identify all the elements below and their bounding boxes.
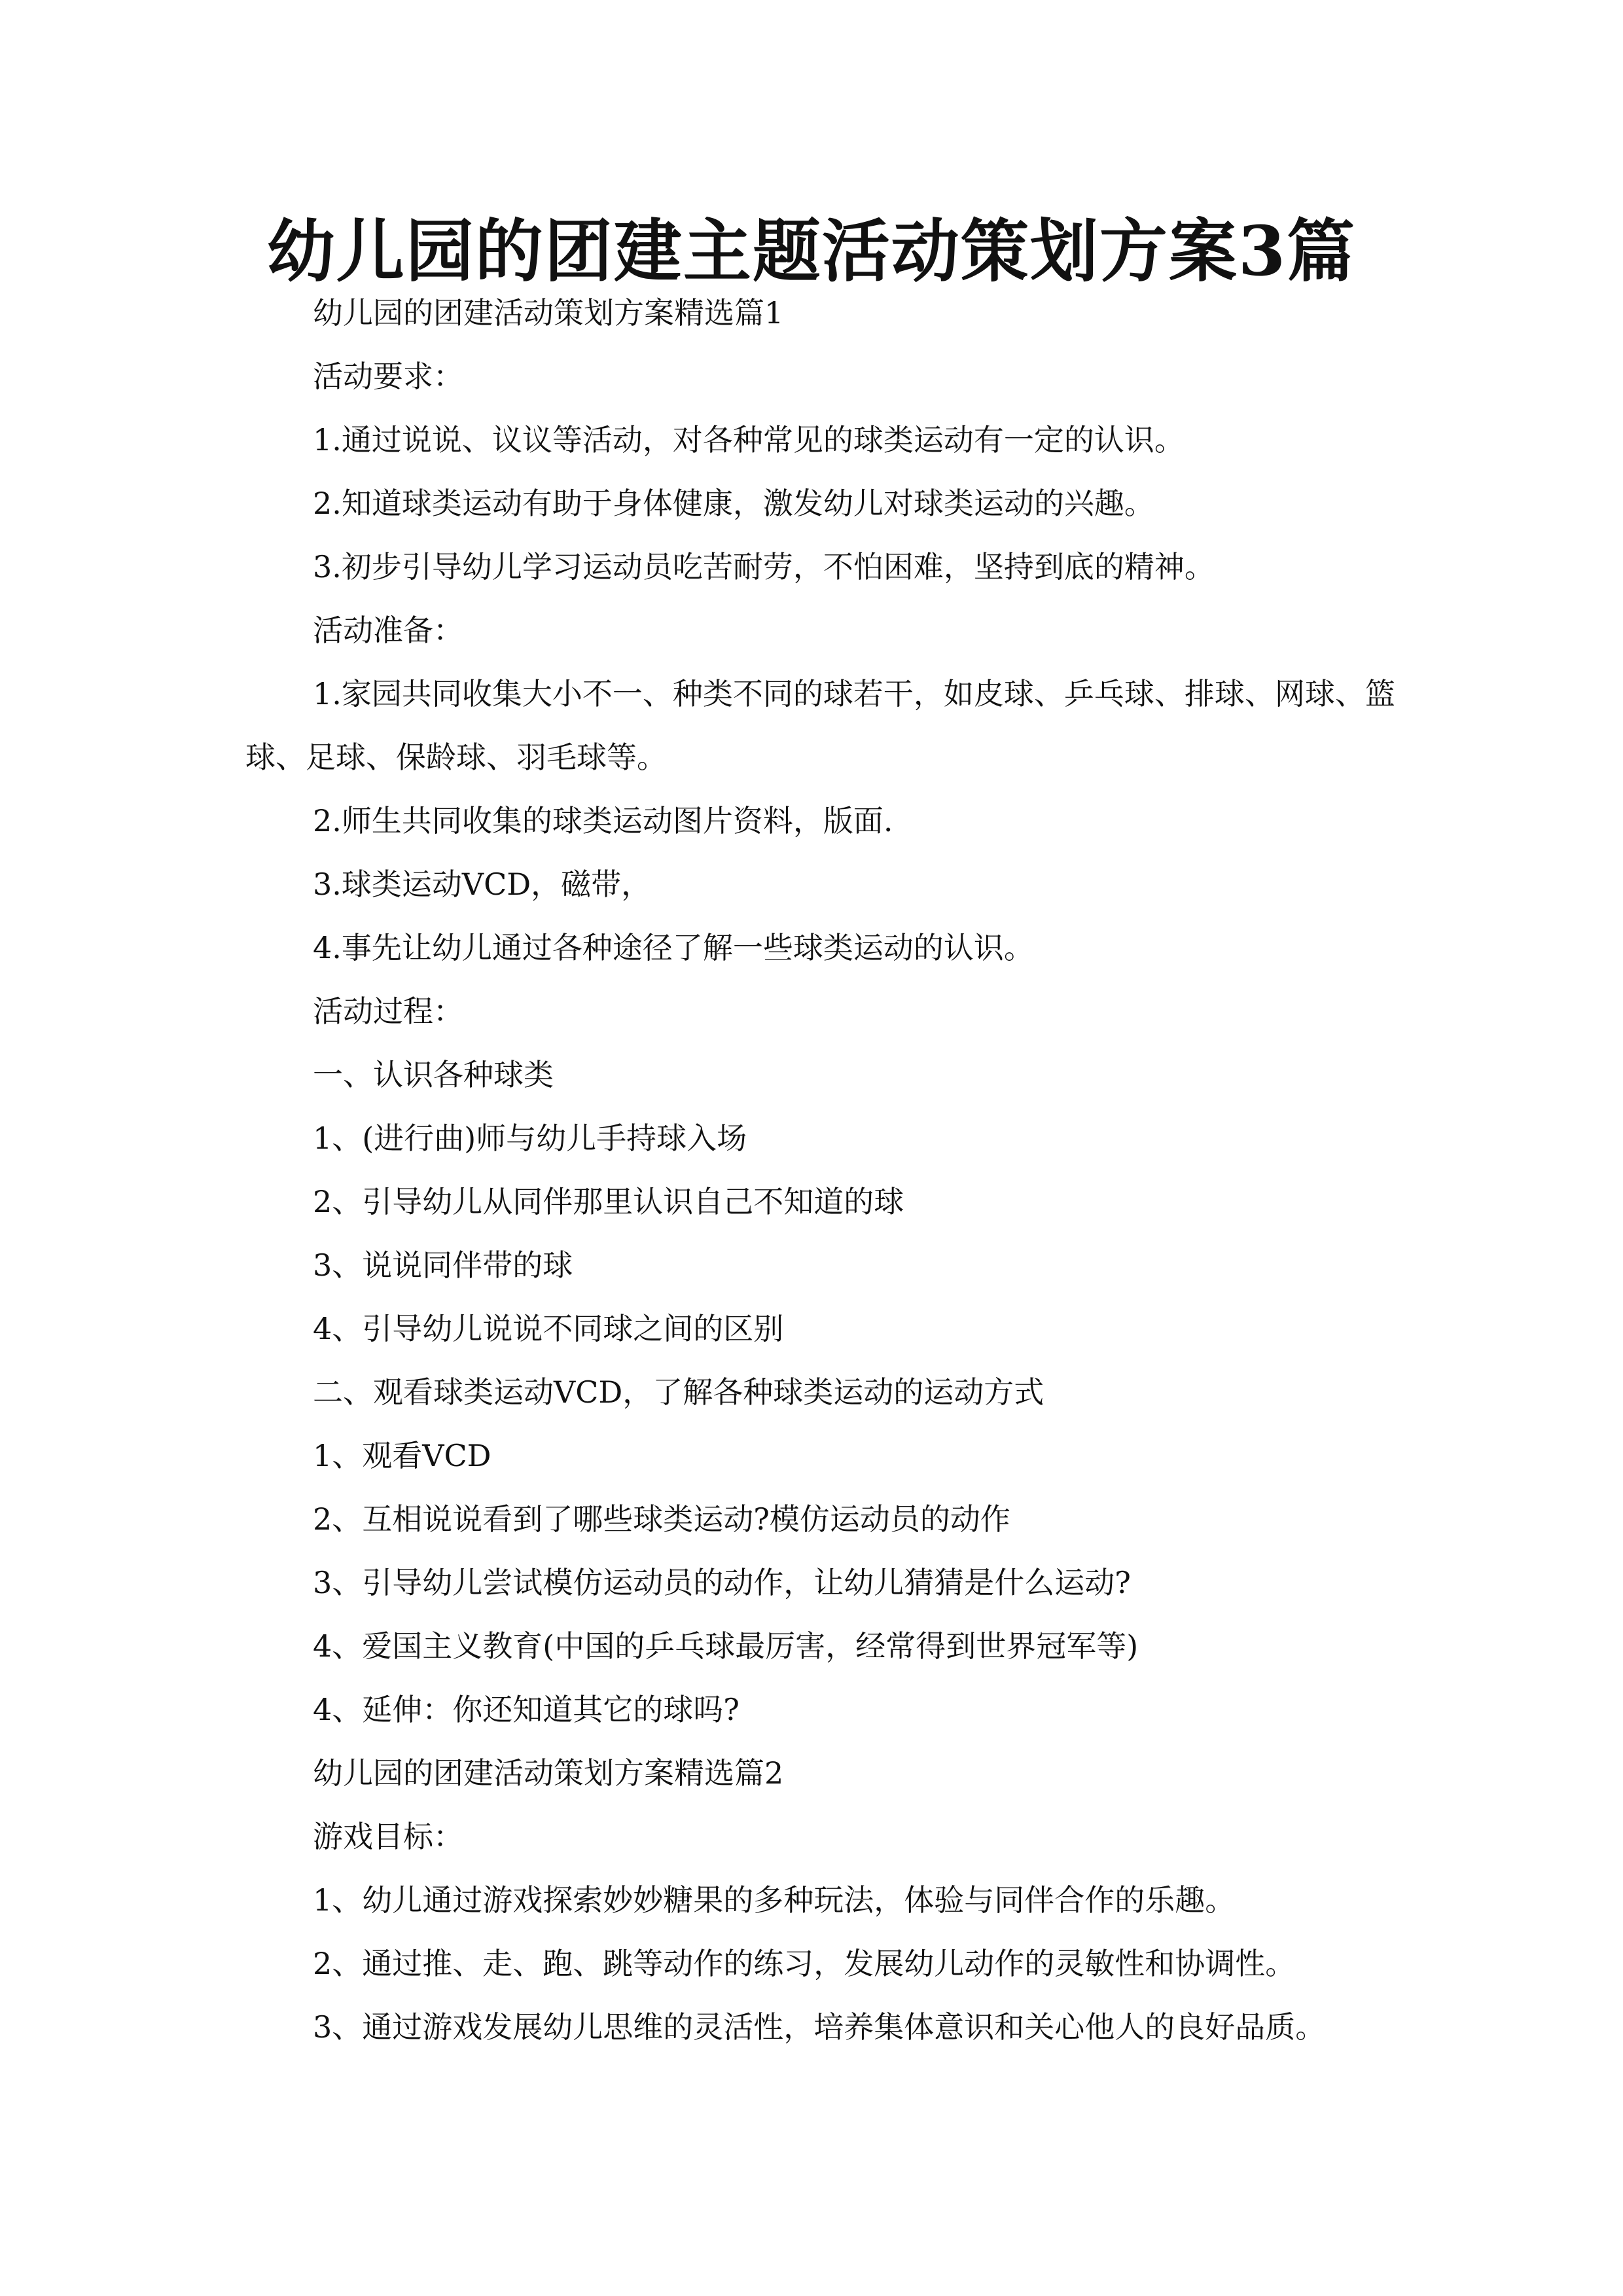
paragraph: 一、认识各种球类 (245, 1043, 1397, 1107)
section-heading: 幼儿园的团建活动策划方案精选篇1 (245, 281, 1397, 345)
paragraph: 1、幼儿通过游戏探索妙妙糖果的多种玩法，体验与同伴合作的乐趣。 (245, 1869, 1397, 1932)
paragraph: 3、引导幼儿尝试模仿运动员的动作，让幼儿猜猜是什么运动? (245, 1551, 1397, 1615)
paragraph: 4、延伸：你还知道其它的球吗? (245, 1678, 1397, 1742)
paragraph: 1、(进行曲)师与幼儿手持球入场 (245, 1107, 1397, 1170)
section-heading: 幼儿园的团建活动策划方案精选篇2 (245, 1742, 1397, 1805)
document-body: 幼儿园的团建活动策划方案精选篇1 活动要求： 1.通过说说、议议等活动，对各种常… (245, 281, 1397, 2059)
paragraph: 2.知道球类运动有助于身体健康，激发幼儿对球类运动的兴趣。 (245, 472, 1397, 535)
paragraph: 1.通过说说、议议等活动，对各种常见的球类运动有一定的认识。 (245, 408, 1397, 472)
paragraph: 2.师生共同收集的球类运动图片资料，版面. (245, 789, 1397, 853)
paragraph: 4、爱国主义教育(中国的乒乓球最厉害，经常得到世界冠军等) (245, 1615, 1397, 1678)
paragraph: 4.事先让幼儿通过各种途径了解一些球类运动的认识。 (245, 916, 1397, 980)
paragraph: 二、观看球类运动VCD，了解各种球类运动的运动方式 (245, 1361, 1397, 1424)
paragraph: 3、说说同伴带的球 (245, 1234, 1397, 1297)
document-title: 幼儿园的团建主题活动策划方案3篇 (0, 196, 1623, 295)
subheading: 活动过程： (245, 980, 1397, 1043)
subheading: 游戏目标： (245, 1805, 1397, 1869)
paragraph: 2、通过推、走、跑、跳等动作的练习，发展幼儿动作的灵敏性和协调性。 (245, 1932, 1397, 1996)
paragraph: 2、互相说说看到了哪些球类运动?模仿运动员的动作 (245, 1488, 1397, 1551)
paragraph: 3、通过游戏发展幼儿思维的灵活性，培养集体意识和关心他人的良好品质。 (245, 1996, 1397, 2059)
paragraph: 3.初步引导幼儿学习运动员吃苦耐劳，不怕困难，坚持到底的精神。 (245, 535, 1397, 599)
paragraph: 1.家园共同收集大小不一、种类不同的球若干，如皮球、乒乓球、排球、网球、篮球、足… (245, 662, 1397, 789)
paragraph: 3.球类运动VCD，磁带， (245, 853, 1397, 916)
paragraph: 2、引导幼儿从同伴那里认识自己不知道的球 (245, 1170, 1397, 1234)
paragraph: 4、引导幼儿说说不同球之间的区别 (245, 1297, 1397, 1361)
subheading: 活动准备： (245, 599, 1397, 662)
paragraph: 1、观看VCD (245, 1424, 1397, 1488)
subheading: 活动要求： (245, 345, 1397, 408)
